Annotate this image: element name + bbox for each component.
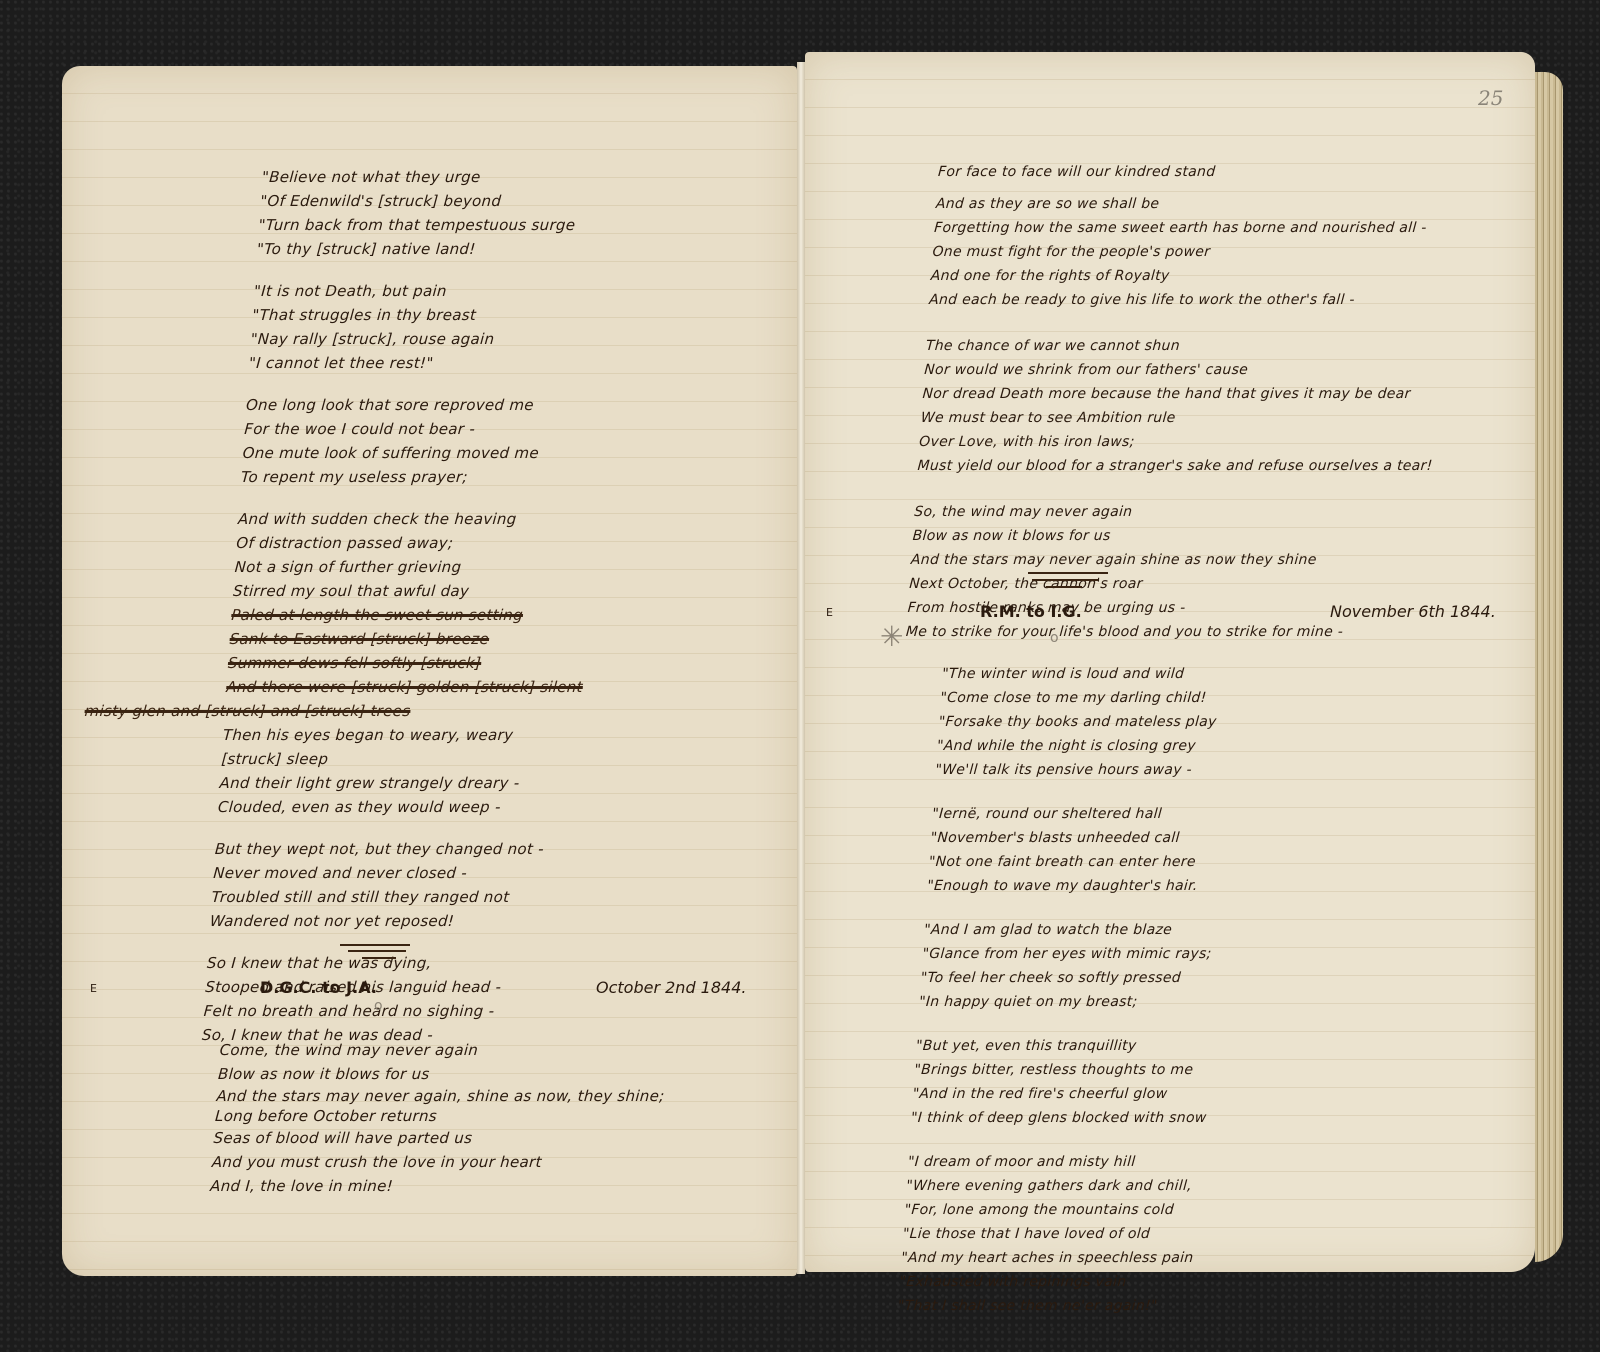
poem-line: And each be ready to give his life to wo… [928, 288, 1445, 312]
poem-line: The chance of war we cannot shun [925, 334, 1442, 358]
poem-line: Of distraction passed away; [236, 531, 594, 555]
poem-line: "Believe not what they urge [261, 165, 619, 189]
stanza: One long look that sore reproved me For … [240, 393, 603, 489]
poem-line: Long before October returns [214, 1106, 663, 1126]
poem-heading-title: R.M. to I.G. [980, 602, 1082, 621]
poem-line: Next October, the cannon's roar [908, 572, 1425, 596]
poem-line: "And I am glad to watch the blaze [923, 918, 1220, 942]
poem-line: And with sudden check the heaving [237, 507, 595, 531]
poem-line: Must yield our blood for a stranger's sa… [917, 454, 1434, 478]
stanza: "But yet, even this tranquillity "Brings… [910, 1034, 1212, 1130]
pencil-asterisk-mark: ✳ [880, 620, 903, 653]
notebook-gutter [797, 62, 805, 1274]
poem-line: "For, lone among the mountains cold [904, 1198, 1201, 1222]
poem-line: We must bear to see Ambition rule [920, 406, 1437, 430]
stanza: "I dream of moor and misty hill "Where e… [897, 1150, 1204, 1318]
divider-rule [348, 950, 406, 952]
poem-line: To repent my useless prayer; [240, 465, 598, 489]
poem-heading-date: November 6th 1844. [1330, 602, 1496, 621]
struck-line: Sank to Eastward [struck] breeze [229, 627, 587, 651]
poem-line: "Of Edenwild's [struck] beyond [259, 189, 617, 213]
poem-line: Nor dread Death more because the hand th… [922, 382, 1439, 406]
struck-line: And there were [struck] golden [struck] … [225, 675, 583, 699]
stanza: "It is not Death, but pain "That struggl… [248, 279, 611, 375]
poem-line: And one for the rights of Royalty [930, 264, 1447, 288]
poem-line: "November's blasts unheeded call [930, 826, 1227, 850]
poem-line: "Forsake thy books and mateless play [938, 710, 1235, 734]
poem-line: [struck] sleep [220, 747, 578, 771]
divider-rule [1032, 579, 1098, 581]
poem-line: One mute look of suffering moved me [242, 441, 600, 465]
struck-line: misty glen and [struck] and [struck] tre… [84, 699, 582, 723]
page-edges [1535, 72, 1563, 1262]
poem-line: "Come close to me my darling child! [940, 686, 1237, 710]
stanza: "Iernë, round our sheltered hall "Novemb… [926, 802, 1228, 898]
right-poem: "The winter wind is loud and wild "Come … [897, 662, 1238, 1318]
stanza: "And I am glad to watch the blaze "Glanc… [918, 918, 1220, 1014]
stanza: So I knew that he was dying, Stooped and… [201, 951, 564, 1047]
poem-heading-date: October 2nd 1844. [596, 978, 746, 997]
right-page-text: For face to face will our kindred stand … [905, 160, 1454, 644]
poem-line: "To thy [struck] native land! [256, 237, 614, 261]
pencil-circle-mark: o [1050, 630, 1059, 646]
pencil-circle-mark: o [374, 998, 383, 1014]
poem-line: And the stars may never again, shine as … [216, 1086, 665, 1106]
stanza: "The winter wind is loud and wild "Come … [935, 662, 1239, 782]
poem-line: "That struggles in thy breast [252, 303, 610, 327]
poem-line: "We'll talk its pensive hours away - [935, 758, 1232, 782]
poem-line: And their light grew strangely dreary - [219, 771, 577, 795]
poem-line: "To feel her cheek so softly pressed [920, 966, 1217, 990]
poem-line: "That I shall see them ne'er again!" [897, 1294, 1194, 1318]
struck-passage: Paled at length the sweet sun setting Sa… [224, 603, 589, 723]
poem-line: Clouded, even as they would weep - [217, 795, 575, 819]
divider-rule [1028, 572, 1108, 574]
poem-line: "In happy quiet on my breast; [918, 990, 1215, 1014]
poem-line: Over Love, with his iron laws; [918, 430, 1435, 454]
poem-line: But they wept not, but they changed not … [214, 837, 572, 861]
divider-rule [340, 944, 410, 946]
poem-line: "Nay rally [struck], rouse again [250, 327, 608, 351]
poem-line: One long look that sore reproved me [245, 393, 603, 417]
left-poem: Come, the wind may never again Blow as n… [209, 1038, 668, 1198]
poem-line: So I knew that he was dying, [206, 951, 564, 975]
stanza: For face to face will our kindred stand … [928, 160, 1454, 312]
poem-line: "I think of deep glens blocked with snow [910, 1106, 1207, 1130]
poem-line: Never moved and never closed - [212, 861, 570, 885]
poem-line: Blow as now it blows for us [217, 1062, 667, 1086]
poem-line: Not a sign of further grieving [234, 555, 592, 579]
poem-line: "It is not Death, but pain [253, 279, 611, 303]
poem-line: And I, the love in mine! [209, 1174, 659, 1198]
poem-line: Nor would we shrink from our fathers' ca… [923, 358, 1440, 382]
margin-mark: E [826, 606, 833, 619]
stanza: So, the wind may never again Blow as now… [905, 500, 1430, 644]
poem-line: For face to face will our kindred stand [937, 160, 1454, 184]
poem-line: Seas of blood will have parted us [213, 1126, 663, 1150]
poem-line: "Brings bitter, restless thoughts to me [914, 1058, 1211, 1082]
poem-line: And the stars may never again shine as n… [910, 548, 1427, 572]
poem-line: For the woe I could not bear - [244, 417, 602, 441]
poem-line: Blow as now it blows for us [912, 524, 1429, 548]
stanza: And with sudden check the heaving Of dis… [232, 507, 595, 603]
page-number: 25 [1478, 86, 1503, 110]
poem-line: "And while the night is closing grey [936, 734, 1233, 758]
poem-line: "Iernë, round our sheltered hall [931, 802, 1228, 826]
poem-line: "I dream of moor and misty hill [907, 1150, 1204, 1174]
stanza: But they wept not, but they changed not … [209, 837, 572, 933]
poem-line: "The winter wind is loud and wild [941, 662, 1238, 686]
poem-line: "I cannot let thee rest!" [248, 351, 606, 375]
poem-line: Me to strike for your life's blood and y… [905, 620, 1422, 644]
poem-line: "Where evening gathers dark and chill, [905, 1174, 1202, 1198]
poem-line: And as they are so we shall be [935, 192, 1452, 216]
poem-line: Stooped and raised his languid head - [205, 975, 563, 999]
poem-line: Troubled still and still they ranged not [211, 885, 569, 909]
left-page-text: "Believe not what they urge "Of Edenwild… [201, 165, 619, 1047]
poem-line: One must fight for the people's power [932, 240, 1449, 264]
divider-rule [1046, 586, 1082, 588]
stanza: "Believe not what they urge "Of Edenwild… [256, 165, 619, 261]
poem-line: Forgetting how the same sweet earth has … [933, 216, 1450, 240]
poem-line: "Enough to wave my daughter's hair. [926, 874, 1223, 898]
poem-line: "Glance from her eyes with mimic rays; [922, 942, 1219, 966]
poem-line: "And in the red fire's cheerful glow [912, 1082, 1209, 1106]
margin-mark: E [90, 982, 97, 995]
poem-line: And you must crush the love in your hear… [211, 1150, 661, 1174]
poem-line: Stirred my soul that awful day [232, 579, 590, 603]
poem-heading-title: D.G.C. to J.A. [260, 978, 377, 997]
poem-line: "Turn back from that tempestuous surge [258, 213, 616, 237]
open-notebook: 25 "Believe not what they urge "Of Edenw… [0, 0, 1600, 1352]
poem-line: "Not one faint breath can enter here [928, 850, 1225, 874]
poem-line: "And my heart aches in speechless pain [900, 1246, 1197, 1270]
poem-line: Come, the wind may never again [219, 1038, 669, 1062]
struck-line: Paled at length the sweet sun setting [231, 603, 589, 627]
poem-line: "But yet, even this tranquillity [915, 1034, 1212, 1058]
poem-line: Wandered not nor yet reposed! [209, 909, 567, 933]
poem-line: Then his eyes began to weary, weary [222, 723, 580, 747]
poem-line: "Exhausted with repinings vain [899, 1270, 1196, 1294]
poem-line: "Lie those that I have loved of old [902, 1222, 1199, 1246]
divider-rule [362, 957, 396, 959]
poem-line: So, the wind may never again [913, 500, 1430, 524]
stanza: Then his eyes began to weary, weary [str… [217, 723, 580, 819]
stanza: The chance of war we cannot shun Nor wou… [917, 334, 1442, 478]
struck-line: Summer dews fell softly [struck] [227, 651, 585, 675]
